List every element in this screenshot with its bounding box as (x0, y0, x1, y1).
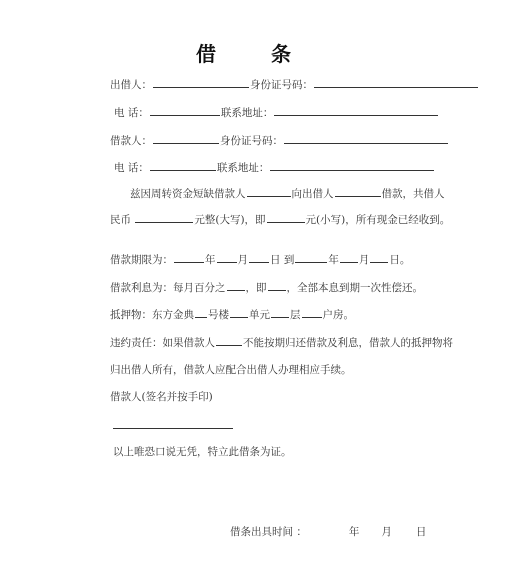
borrower-contact-row: 电 话：联系地址： (114, 160, 435, 175)
collateral-text: 层 (290, 309, 301, 321)
end-day-blank[interactable] (370, 252, 388, 263)
borrower-phone-label: 电 话： (114, 162, 149, 174)
document-title: 借 条 (0, 38, 511, 67)
issue-date-label: 借条出具时间 ： (230, 526, 307, 538)
loan-paragraph-line-2: 民币 元整(大写)，即元(小写)，所有现金已经收到。 (110, 212, 450, 227)
borrower-id-label: 身份证号码： (220, 135, 283, 147)
issue-year: 年 (349, 526, 360, 538)
collateral-text: 户房。 (323, 309, 355, 321)
end-year-blank[interactable] (295, 252, 327, 263)
collateral-text: 号楼 (208, 309, 229, 321)
loan-paragraph-line-1: 兹因周转资金短缺借款人向出借人借款，共借人 (130, 186, 445, 201)
loan-text: 元(小写)，所有现金已经收到。 (306, 214, 451, 226)
term-row: 借款期限为：年月日 到年月日。 (110, 252, 410, 267)
room-blank[interactable] (302, 307, 322, 318)
lender-phone-label: 电 话： (114, 107, 149, 119)
issue-day: 日 (416, 526, 427, 538)
lender-row: 出借人：身份证号码： (110, 77, 479, 92)
breach-text: 不能按期归还借款及利息，借款人的抵押物将 (243, 337, 453, 349)
borrower-name-field[interactable] (153, 133, 219, 144)
year-text: 年 (328, 254, 339, 266)
interest-text: 借款利息为：每月百分之 (110, 282, 226, 294)
loan-text: 向出借人 (292, 188, 334, 200)
end-month-blank[interactable] (340, 252, 358, 263)
breach-text: 违约责任：如果借款人 (110, 337, 215, 349)
breach-text: 归出借人所有，借款人应配合出借人办理相应手续。 (110, 364, 352, 376)
issue-month: 月 (381, 526, 392, 538)
borrower-name-blank[interactable] (247, 186, 291, 197)
collateral-text: 抵押物：东方金典 (110, 309, 194, 321)
amount-numeric-blank[interactable] (267, 212, 305, 223)
interest-text: ，即 (246, 282, 267, 294)
collateral-row: 抵押物：东方金典号楼单元层户房。 (110, 307, 354, 322)
interest-row: 借款利息为：每月百分之，即，全部本息到期一次性偿还。 (110, 280, 423, 295)
collateral-text: 单元 (249, 309, 270, 321)
closing-statement: 以上唯恐口说无凭，特立此借条为证。 (113, 444, 292, 459)
borrower-phone-field[interactable] (150, 160, 216, 171)
unit-blank[interactable] (230, 307, 248, 318)
start-year-blank[interactable] (174, 252, 204, 263)
start-month-blank[interactable] (217, 252, 237, 263)
loan-text: 元整(大写)，即 (194, 214, 265, 226)
lender-id-field[interactable] (314, 77, 478, 88)
lender-name-field[interactable] (153, 77, 249, 88)
month-text: 月 (359, 254, 370, 266)
lender-contact-row: 电 话：联系地址： (114, 105, 439, 120)
day-text: 日 (270, 254, 281, 266)
borrower-id-field[interactable] (284, 133, 448, 144)
interest-rate-blank[interactable] (227, 280, 245, 291)
term-label: 借款期限为： (110, 254, 173, 266)
lender-id-label: 身份证号码： (250, 79, 313, 91)
loan-text: 兹因周转资金短缺借款人 (130, 188, 246, 200)
lender-phone-field[interactable] (150, 105, 220, 116)
breach-row-2: 归出借人所有，借款人应配合出借人办理相应手续。 (110, 362, 352, 377)
month-text: 月 (238, 254, 249, 266)
borrower-address-label: 联系地址： (217, 162, 270, 174)
day-text: 日。 (389, 254, 410, 266)
year-text: 年 (205, 254, 216, 266)
to-text: 到 (284, 254, 295, 266)
borrower-row: 借款人：身份证号码： (110, 133, 449, 148)
lender-name-blank[interactable] (335, 186, 381, 197)
loan-text: 借款，共借人 (382, 188, 445, 200)
amount-uppercase-blank[interactable] (135, 212, 193, 223)
breach-borrower-blank[interactable] (216, 335, 242, 346)
interest-amount-blank[interactable] (268, 280, 286, 291)
signature-line[interactable] (113, 428, 233, 429)
breach-row-1: 违约责任：如果借款人不能按期归还借款及利息，借款人的抵押物将 (110, 335, 453, 350)
interest-text: ，全部本息到期一次性偿还。 (287, 282, 424, 294)
building-blank[interactable] (195, 307, 207, 318)
lender-label: 出借人： (110, 79, 152, 91)
loan-text: 民币 (110, 214, 131, 226)
lender-address-label: 联系地址： (221, 107, 274, 119)
lender-address-field[interactable] (274, 105, 438, 116)
issue-date-row: 借条出具时间 ：年月日 (230, 524, 426, 539)
signature-label: 借款人(签名并按手印) (110, 389, 213, 404)
start-day-blank[interactable] (249, 252, 269, 263)
borrower-label: 借款人： (110, 135, 152, 147)
borrower-address-field[interactable] (270, 160, 434, 171)
floor-blank[interactable] (271, 307, 289, 318)
